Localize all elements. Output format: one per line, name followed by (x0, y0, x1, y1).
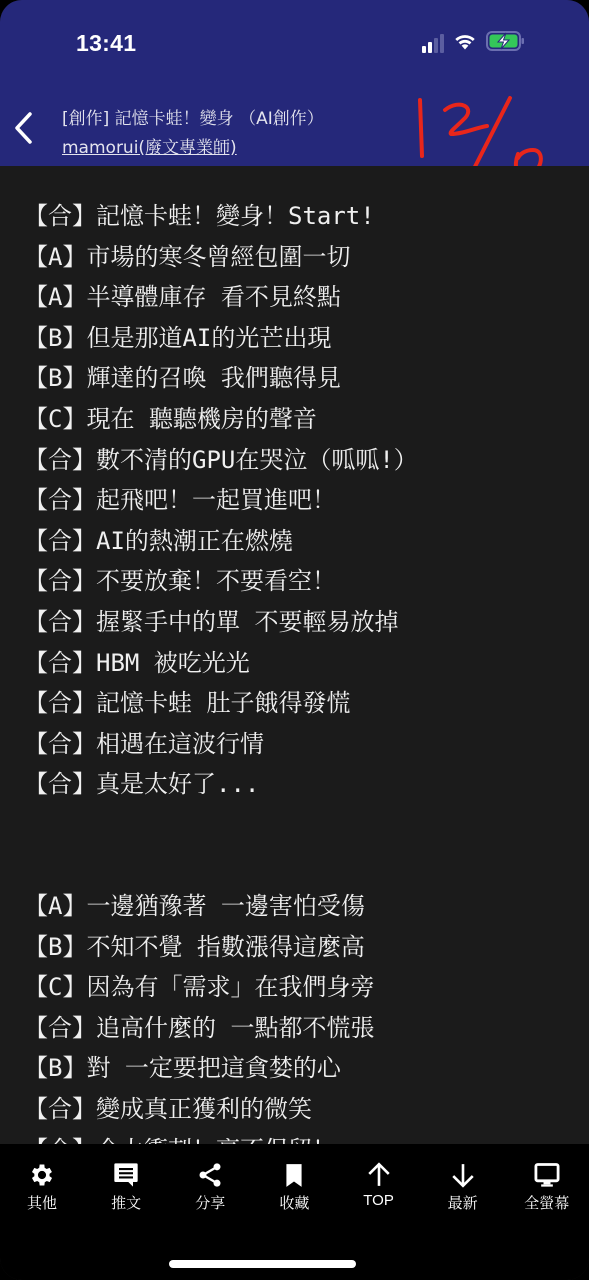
nav-latest-button[interactable]: 最新 (421, 1160, 505, 1213)
content-line: 【C】現在 聽聽機房的聲音 (24, 399, 418, 440)
cellular-signal-icon (422, 33, 444, 53)
status-icons (422, 32, 526, 54)
blank-line (24, 846, 418, 887)
article-content: 【合】記憶卡蛙！變身！Start! 【A】市場的寒冬曾經包圍一切 【A】半導體庫… (0, 166, 589, 1144)
content-line: 【A】一邊猶豫著 一邊害怕受傷 (24, 886, 418, 927)
content-line: 【合】全力衝刺！毫不保留！ (24, 1130, 418, 1144)
nav-comment-button[interactable]: 推文 (84, 1160, 168, 1213)
blank-line (24, 805, 418, 846)
gear-icon (27, 1160, 57, 1190)
content-line: 【B】輝達的召喚 我們聽得見 (24, 358, 418, 399)
content-line: 【合】數不清的GPU在哭泣（呱呱!） (24, 440, 418, 481)
chevron-left-icon (12, 111, 34, 145)
content-line: 【合】不要放棄！不要看空！ (24, 561, 418, 602)
share-icon (195, 1160, 225, 1190)
comment-icon (111, 1160, 141, 1190)
content-line: 【C】因為有「需求」在我們身旁 (24, 967, 418, 1008)
nav-fullscreen-button[interactable]: 全螢幕 (505, 1160, 589, 1213)
bookmark-icon (279, 1160, 309, 1190)
arrow-down-icon (448, 1160, 478, 1190)
fullscreen-monitor-icon (532, 1160, 562, 1190)
nav-other-button[interactable]: 其他 (0, 1160, 84, 1213)
content-line: 【A】半導體庫存 看不見終點 (24, 277, 418, 318)
content-line: 【合】記憶卡蛙！變身！Start! (24, 196, 418, 237)
content-line: 【A】市場的寒冬曾經包圍一切 (24, 237, 418, 278)
content-line: 【合】起飛吧！一起買進吧！ (24, 480, 418, 521)
arrow-up-icon (364, 1160, 394, 1190)
content-line: 【合】追高什麼的 一點都不慌張 (24, 1008, 418, 1049)
content-line: 【B】但是那道AI的光芒出現 (24, 318, 418, 359)
content-line: 【合】HBM 被吃光光 (24, 643, 418, 684)
wifi-icon (453, 32, 477, 54)
content-line: 【合】真是太好了... (24, 764, 418, 805)
battery-charging-icon (486, 31, 526, 55)
content-line: 【合】相遇在這波行情 (24, 724, 418, 765)
nav-bookmark-button[interactable]: 收藏 (252, 1160, 336, 1213)
content-line: 【合】AI的熱潮正在燃燒 (24, 521, 418, 562)
content-line: 【合】變成真正獲利的微笑 (24, 1089, 418, 1130)
nav-top-button[interactable]: TOP (337, 1160, 421, 1213)
status-time: 13:41 (76, 30, 136, 57)
author-link[interactable]: mamorui(廢文專業師) (62, 133, 237, 158)
nav-share-button[interactable]: 分享 (168, 1160, 252, 1213)
content-line: 【合】記憶卡蛙 肚子餓得發慌 (24, 683, 418, 724)
screen: 13:41 (0, 0, 589, 1280)
header: 13:41 (0, 0, 589, 166)
back-button[interactable] (8, 108, 38, 148)
content-line: 【B】對 一定要把這貪婪的心 (24, 1048, 418, 1089)
article-title: [創作] 記憶卡蛙！變身 （AI創作） (62, 104, 324, 129)
content-line: 【合】握緊手中的單 不要輕易放掉 (24, 602, 418, 643)
home-indicator[interactable] (169, 1260, 356, 1268)
lyrics-lines: 【合】記憶卡蛙！變身！Start! 【A】市場的寒冬曾經包圍一切 【A】半導體庫… (24, 196, 418, 1144)
content-line: 【B】不知不覺 指數漲得這麼高 (24, 927, 418, 968)
